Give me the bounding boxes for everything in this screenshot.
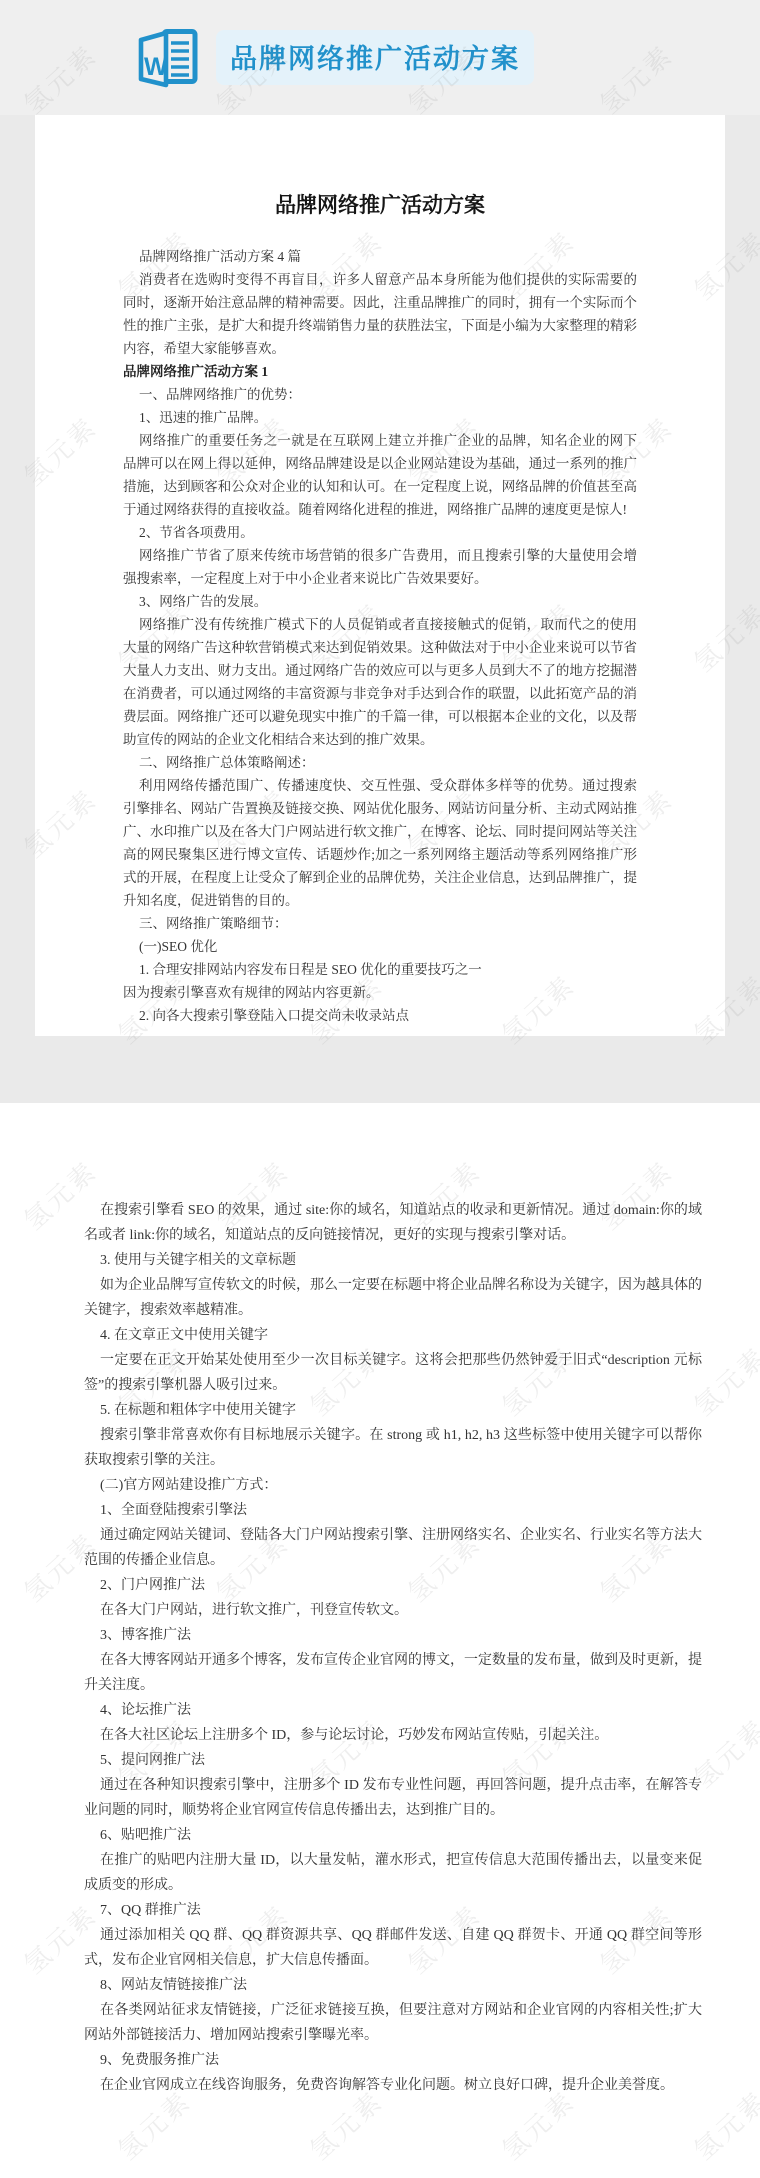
document-paragraph: 如为企业品牌写宣传软文的时候，那么一定要在标题中将企业品牌名称设为关键字，因为越… (84, 1273, 702, 1323)
document-paragraph: 2、节省各项费用。 (123, 521, 637, 544)
document-paragraph: 通过添加相关 QQ 群、QQ 群资源共享、QQ 群邮件发送、自建 QQ 群贺卡、… (84, 1923, 702, 1973)
document-paragraph: (一)SEO 优化 (123, 935, 637, 958)
continuation-body: 在搜索引擎看 SEO 的效果，通过 site:你的域名，知道站点的收录和更新情况… (84, 1198, 702, 2098)
document-paragraph: 通过在各种知识搜索引擎中，注册多个 ID 发布专业性问题，再回答问题，提升点击率… (84, 1773, 702, 1823)
document-paragraph: 一、品牌网络推广的优势： (123, 383, 637, 406)
document-paragraph: 搜索引擎非常喜欢你有目标地展示关键字。在 strong 或 h1, h2, h3… (84, 1423, 702, 1473)
document-paragraph: 因为搜索引擎喜欢有规律的网站内容更新。 (123, 981, 637, 1004)
page-header: W 品牌网络推广活动方案 (0, 0, 760, 115)
document-paragraph: 8、网站友情链接推广法 (84, 1973, 702, 1998)
document-paragraph: 2. 向各大搜索引擎登陆入口提交尚未收录站点 (123, 1004, 637, 1027)
document-paragraph: 3、网络广告的发展。 (123, 590, 637, 613)
document-paragraph: 在搜索引擎看 SEO 的效果，通过 site:你的域名，知道站点的收录和更新情况… (84, 1198, 702, 1248)
document-paragraph: 网络推广没有传统推广模式下的人员促销或者直接接触式的促销，取而代之的使用大量的网… (123, 613, 637, 751)
document-paragraph: 品牌网络推广活动方案 4 篇 (123, 245, 637, 268)
document-paragraph: 3、博客推广法 (84, 1623, 702, 1648)
document-paragraph: 在推广的贴吧内注册大量 ID，以大量发帖，灌水形式，把宣传信息大范围传播出去，以… (84, 1848, 702, 1898)
document-paragraph: 网络推广的重要任务之一就是在互联网上建立并推广企业的品牌，知名企业的网下品牌可以… (123, 429, 637, 521)
document-paragraph: 5. 在标题和粗体字中使用关键字 (84, 1398, 702, 1423)
document-paragraph: 1、迅速的推广品牌。 (123, 406, 637, 429)
document-paragraph: 利用网络传播范围广、传播速度快、交互性强、受众群体多样等的优势。通过搜索引擎排名… (123, 774, 637, 912)
document-paragraph: (二)官方网站建设推广方式： (84, 1473, 702, 1498)
document-continuation: 在搜索引擎看 SEO 的效果，通过 site:你的域名，知道站点的收录和更新情况… (0, 1103, 760, 2178)
logo-letter: W (144, 53, 168, 81)
document-paragraph: 在各类网站征求友情链接，广泛征求链接互换，但要注意对方网站和企业官网的内容相关性… (84, 1998, 702, 2048)
document-paragraph: 通过确定网站关键词、登陆各大门户网站搜索引擎、注册网络实名、企业实名、行业实名等… (84, 1523, 702, 1573)
document-paragraph: 2、门户网推广法 (84, 1573, 702, 1598)
document-body: 品牌网络推广活动方案 4 篇消费者在选购时变得不再盲目，许多人留意产品本身所能为… (123, 245, 637, 1027)
document-paragraph: 三、网络推广策略细节： (123, 912, 637, 935)
word-document-icon: W (133, 28, 203, 88)
document-paragraph: 1、全面登陆搜索引擎法 (84, 1498, 702, 1523)
document-paragraph: 6、贴吧推广法 (84, 1823, 702, 1848)
document-paragraph: 1. 合理安排网站内容发布日程是 SEO 优化的重要技巧之一 (123, 958, 637, 981)
document-paragraph: 在各大门户网站，进行软文推广，刊登宣传软文。 (84, 1598, 702, 1623)
document-paragraph: 9、免费服务推广法 (84, 2048, 702, 2073)
document-paragraph: 7、QQ 群推广法 (84, 1898, 702, 1923)
document-paragraph: 4. 在文章正文中使用关键字 (84, 1323, 702, 1348)
document-paragraph: 4、论坛推广法 (84, 1698, 702, 1723)
document-paragraph: 3. 使用与关键字相关的文章标题 (84, 1248, 702, 1273)
document-page: 品牌网络推广活动方案 品牌网络推广活动方案 4 篇消费者在选购时变得不再盲目，许… (35, 115, 725, 1036)
site-title: 品牌网络推广活动方案 (216, 30, 534, 85)
document-paragraph: 网络推广节省了原来传统市场营销的很多广告费用，而且搜索引擎的大量使用会增强搜索率… (123, 544, 637, 590)
document-paragraph: 5、提问网推广法 (84, 1748, 702, 1773)
document-paragraph: 在企业官网成立在线咨询服务，免费咨询解答专业化问题。树立良好口碑，提升企业美誉度… (84, 2073, 702, 2098)
document-paragraph: 在各大博客网站开通多个博客，发布宣传企业官网的博文，一定数量的发布量，做到及时更… (84, 1648, 702, 1698)
document-title: 品牌网络推广活动方案 (123, 189, 637, 219)
document-paragraph: 消费者在选购时变得不再盲目，许多人留意产品本身所能为他们提供的实际需要的同时，逐… (123, 268, 637, 360)
document-paragraph: 一定要在正文开始某处使用至少一次目标关键字。这将会把那些仍然钟爱于旧式“desc… (84, 1348, 702, 1398)
document-paragraph: 在各大社区论坛上注册多个 ID，参与论坛讨论，巧妙发布网站宣传贴，引起关注。 (84, 1723, 702, 1748)
document-paragraph: 品牌网络推广活动方案 1 (123, 360, 637, 383)
document-paragraph: 二、网络推广总体策略阐述： (123, 751, 637, 774)
